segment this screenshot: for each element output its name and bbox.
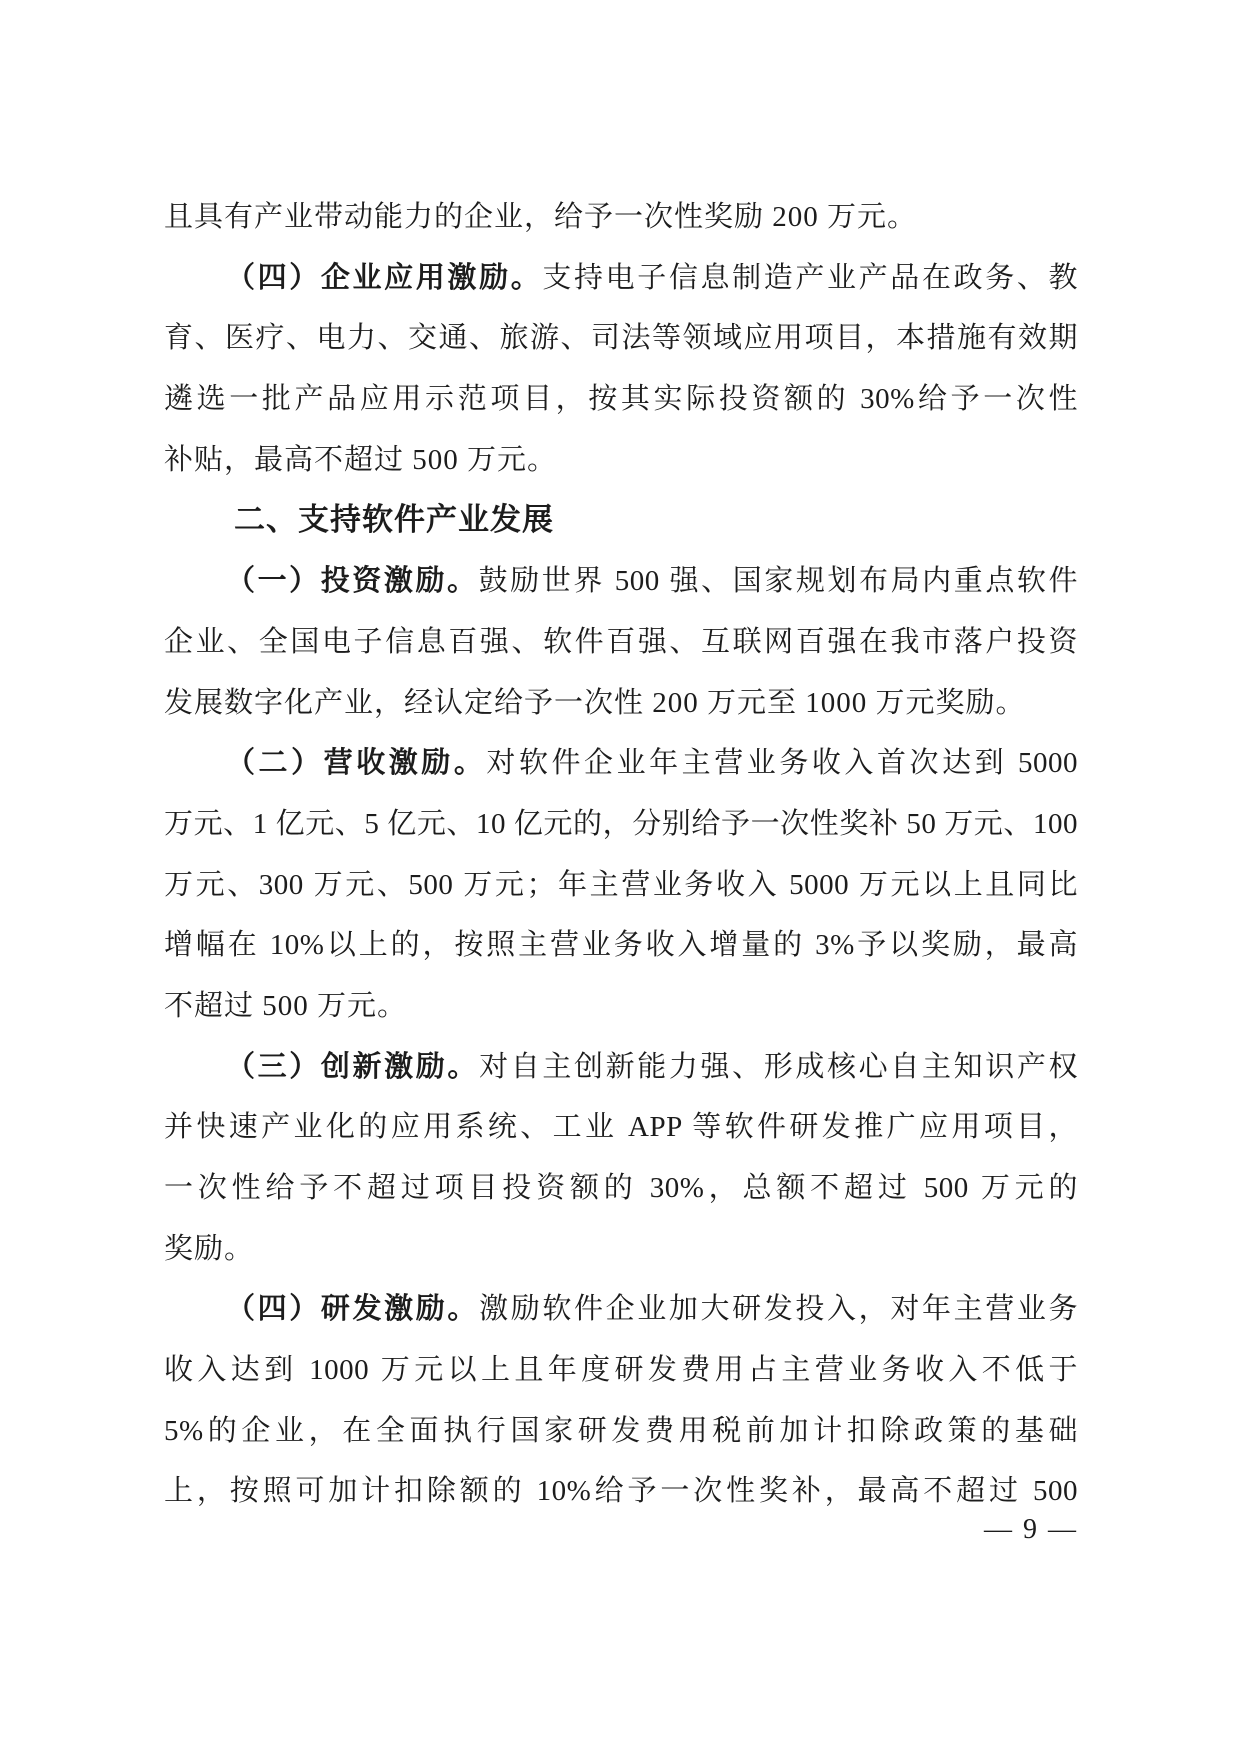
body-line: 不超过 500 万元。 <box>164 976 1078 1037</box>
subsection-lead: （二）营收激励。 <box>226 747 486 779</box>
body-line-text: 5%的企业，在全面执行国家研发费用税前加计扣除政策的基础 <box>164 1415 1078 1447</box>
body-line-text: 发展数字化产业，经认定给予一次性 200 万元至 1000 万元奖励。 <box>164 687 1026 719</box>
body-line-text: 奖励。 <box>164 1233 254 1265</box>
body-line-text: 育、医疗、电力、交通、旅游、司法等领域应用项目，本措施有效期内 <box>164 322 1078 369</box>
body-line-text: 上，按照可加计扣除额的 10%给予一次性奖补，最高不超过 500 <box>164 1475 1078 1507</box>
page-number: — 9 — <box>164 1514 1092 1546</box>
body-line: 5%的企业，在全面执行国家研发费用税前加计扣除政策的基础 <box>164 1401 1078 1462</box>
body-line: （一）投资激励。鼓励世界 500 强、国家规划布局内重点软件 <box>164 551 1078 612</box>
body-line-text: 一次性给予不超过项目投资额的 30%，总额不超过 500 万元的 <box>164 1172 1078 1204</box>
body-line-text: 收入达到 1000 万元以上且年度研发费用占主营业务收入不低于 <box>164 1354 1078 1386</box>
body-line-text: 万元、1 亿元、5 亿元、10 亿元的，分别给予一次性奖补 50 万元、100 <box>164 808 1078 840</box>
body-line: 增幅在 10%以上的，按照主营业务收入增量的 3%予以奖励，最高 <box>164 915 1078 976</box>
body-line: （四）研发激励。激励软件企业加大研发投入，对年主营业务 <box>164 1279 1078 1340</box>
body-line: 收入达到 1000 万元以上且年度研发费用占主营业务收入不低于 <box>164 1340 1078 1401</box>
body-line-text: 激励软件企业加大研发投入，对年主营业务 <box>479 1293 1078 1325</box>
body-line-text: 增幅在 10%以上的，按照主营业务收入增量的 3%予以奖励，最高 <box>164 929 1078 961</box>
body-line: 万元、300 万元、500 万元；年主营业务收入 5000 万元以上且同比 <box>164 855 1078 916</box>
document-text-block: 且具有产业带动能力的企业，给予一次性奖励 200 万元。 （四）企业应用激励。支… <box>164 187 1078 1522</box>
subsection-lead: （四）企业应用激励。 <box>226 262 542 294</box>
body-line: （二）营收激励。对软件企业年主营业务收入首次达到 5000 <box>164 733 1078 794</box>
body-line-text: 对自主创新能力强、形成核心自主知识产权 <box>479 1051 1078 1083</box>
body-line: 企业、全国电子信息百强、软件百强、互联网百强在我市落户投资 <box>164 612 1078 673</box>
body-line-text: 鼓励世界 500 强、国家规划布局内重点软件 <box>479 565 1078 597</box>
body-line-text: 不超过 500 万元。 <box>164 990 407 1022</box>
body-line: （三）创新激励。对自主创新能力强、形成核心自主知识产权 <box>164 1037 1078 1098</box>
body-line: 育、医疗、电力、交通、旅游、司法等领域应用项目，本措施有效期内 <box>164 308 1078 369</box>
body-line: 一次性给予不超过项目投资额的 30%，总额不超过 500 万元的 <box>164 1158 1078 1219</box>
body-line: 万元、1 亿元、5 亿元、10 亿元的，分别给予一次性奖补 50 万元、100 <box>164 794 1078 855</box>
body-line-text: 企业、全国电子信息百强、软件百强、互联网百强在我市落户投资 <box>164 626 1078 658</box>
body-line-text: 对软件企业年主营业务收入首次达到 5000 <box>486 747 1078 779</box>
subsection-lead: （四）研发激励。 <box>226 1293 479 1325</box>
body-line-text: 万元、300 万元、500 万元；年主营业务收入 5000 万元以上且同比 <box>164 869 1078 901</box>
body-line: 且具有产业带动能力的企业，给予一次性奖励 200 万元。 <box>164 187 1078 248</box>
body-line: 补贴，最高不超过 500 万元。 <box>164 430 1078 491</box>
body-line-text: 补贴，最高不超过 500 万元。 <box>164 444 557 476</box>
body-line-text: 遴选一批产品应用示范项目，按其实际投资额的 30%给予一次性 <box>164 383 1078 415</box>
subsection-lead: （一）投资激励。 <box>226 565 479 597</box>
section-heading-text: 二、支持软件产业发展 <box>234 502 554 537</box>
body-line: 遴选一批产品应用示范项目，按其实际投资额的 30%给予一次性 <box>164 369 1078 430</box>
subsection-lead: （三）创新激励。 <box>226 1051 479 1083</box>
body-line-text: 支持电子信息制造产业产品在政务、教 <box>542 262 1078 294</box>
document-page: 且具有产业带动能力的企业，给予一次性奖励 200 万元。 （四）企业应用激励。支… <box>0 0 1240 1754</box>
body-line-text: 并快速产业化的应用系统、工业 APP 等软件研发推广应用项目， <box>164 1111 1078 1143</box>
body-line-text: 且具有产业带动能力的企业，给予一次性奖励 200 万元。 <box>164 201 917 233</box>
body-line: （四）企业应用激励。支持电子信息制造产业产品在政务、教 <box>164 248 1078 309</box>
body-line: 并快速产业化的应用系统、工业 APP 等软件研发推广应用项目， <box>164 1097 1078 1158</box>
body-line: 发展数字化产业，经认定给予一次性 200 万元至 1000 万元奖励。 <box>164 673 1078 734</box>
body-line: 奖励。 <box>164 1219 1078 1280</box>
section-heading: 二、支持软件产业发展 <box>164 490 1078 551</box>
